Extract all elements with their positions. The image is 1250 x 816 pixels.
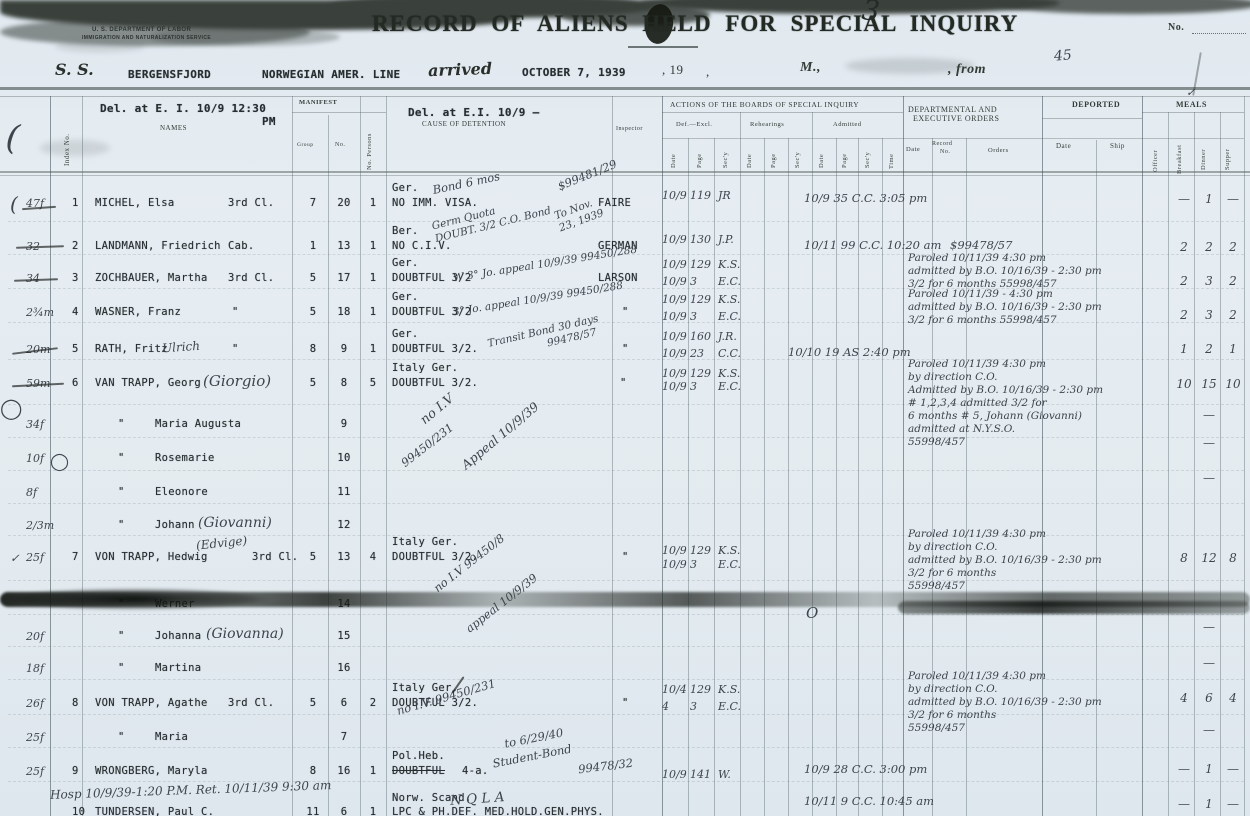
cause-struck-out: DOUBTFUL <box>392 765 445 777</box>
margin-paren-mark: ( <box>10 192 18 216</box>
alias-handwritten: Ulrich <box>162 339 201 356</box>
werner-strike-right <box>898 601 1250 614</box>
persons-header: No. Persons <box>366 133 373 170</box>
bsi-page: 119 <box>690 189 718 202</box>
persons-count: 4 <box>364 551 382 563</box>
manifest-no: 13 <box>331 240 357 252</box>
column-line <box>386 96 387 816</box>
secy-header: Sec'y <box>864 152 871 168</box>
bsi-page: 3 <box>690 275 718 288</box>
inspector-name: " <box>622 551 629 563</box>
bsi-page: 129 <box>690 367 718 380</box>
bsi-page: 129 <box>690 293 718 306</box>
meals-dinner: 6 <box>1197 691 1221 705</box>
wrongberg-bond-note: Student-Bond <box>491 741 572 770</box>
breakfast-header: Breakfast <box>1176 145 1183 174</box>
record-no-header: No. <box>940 149 950 155</box>
margin-circle-mark: ◯ <box>0 396 22 420</box>
bsi-secy: C.C. <box>718 347 752 360</box>
meals-dinner: 1 <box>1197 192 1221 206</box>
bsi-secy: E.C. <box>718 558 752 571</box>
admitted-note: 10/9 35 C.C. 3:05 pm <box>804 191 927 205</box>
bsi-def-excl: 10/93E.C. <box>662 558 752 571</box>
meals-dinner: — <box>1197 436 1221 450</box>
secy-header: Sec'y <box>794 152 801 168</box>
passenger-name: WRONGBERG, Maryla <box>95 765 208 777</box>
bsi-date: 10/9 <box>662 310 690 323</box>
travel-class: 3rd Cl. <box>228 272 274 284</box>
bsi-secy: K.S. <box>718 367 752 380</box>
bsi-date: 10/9 <box>662 293 690 306</box>
header-sub-rule <box>1142 112 1244 113</box>
row-separator <box>8 747 1244 748</box>
comma-mark: , <box>706 64 710 80</box>
travel-class: Cab. <box>228 240 255 252</box>
landmann-date-note: To Nov. 23, 1939 <box>553 195 606 235</box>
persons-count: 5 <box>364 377 382 389</box>
cause-of-detention: 4-a. <box>462 765 489 777</box>
bsi-def-excl: 10/93E.C. <box>662 380 752 393</box>
meals-breakfast: — <box>1172 192 1196 206</box>
order-line: 3/2 for 6 months <box>908 709 1244 722</box>
bsi-secy: J.R. <box>718 330 752 343</box>
bsi-page: 3 <box>690 380 718 393</box>
travel-class: 3rd Cl. <box>228 697 274 709</box>
manifest-no: 10 <box>331 452 357 464</box>
index-no: 6 <box>72 377 79 389</box>
ditto-mark: " <box>118 731 125 743</box>
order-line: 3/2 for 6 months <box>908 567 1244 580</box>
def-excl-header: Def.—Excl. <box>676 121 712 128</box>
passenger-name: VON TRAPP, Hedwig <box>95 551 208 563</box>
bsi-def-excl: 10/9130J.P. <box>662 233 752 246</box>
cause-of-detention: LPC & PH.DEF. MED.HOLD.GEN.PHYS. <box>392 806 604 816</box>
bsi-date: 10/9 <box>662 347 690 360</box>
bsi-def-excl: 10/9141W. <box>662 768 752 781</box>
margin-note: 2/3m <box>26 519 54 532</box>
index-no: 3 <box>72 272 79 284</box>
margin-note: 20f <box>26 630 44 643</box>
bsi-secy: K.S. <box>718 544 752 557</box>
persons-count: 2 <box>364 697 382 709</box>
bsi-def-excl: 10/923C.C. <box>662 347 752 360</box>
manifest-no: 20 <box>331 197 357 209</box>
manifest-no: 9 <box>331 418 357 430</box>
meals-supper: 4 <box>1221 691 1245 705</box>
passenger-name: TUNDERSEN, Paul C. <box>95 806 214 816</box>
margin-note: 34f <box>26 418 44 431</box>
arrived-label: arrived <box>428 59 493 80</box>
rath-bond-note: Transit Bond 30 days 99478/57 <box>487 313 603 364</box>
margin-paren-mark: ( <box>4 117 21 158</box>
vantrapp-visa-note: no I.V <box>418 391 458 428</box>
manifest-group: 8 <box>300 343 326 355</box>
nationality: Pol.Heb. <box>392 750 445 762</box>
supper-header: Supper <box>1224 149 1231 170</box>
record-number: $99478/57 <box>950 238 1012 252</box>
meals-dinner: — <box>1197 620 1221 634</box>
row-separator <box>8 470 1244 471</box>
manifest-header: MANIFEST <box>299 99 337 106</box>
passenger-name: Maria Augusta <box>155 418 241 430</box>
orders-header: Orders <box>988 147 1009 154</box>
manifest-group: 8 <box>300 765 326 777</box>
time-header: Time <box>888 154 895 170</box>
bsi-secy: K.S. <box>718 293 752 306</box>
meals-dinner: 1 <box>1197 762 1221 776</box>
bsi-page: 130 <box>690 233 718 246</box>
manifest-group: 5 <box>300 377 326 389</box>
dept-header: EXECUTIVE ORDERS <box>913 114 999 123</box>
rehearings-header: Rehearings <box>750 121 784 128</box>
bsi-def-excl: 10/9119JR <box>662 189 752 202</box>
header-sub-rule <box>662 112 903 113</box>
m-label: M., <box>800 60 821 76</box>
meals-supper: — <box>1221 797 1245 811</box>
inspector-header: Inspector <box>616 126 643 132</box>
manifest-group: 5 <box>300 697 326 709</box>
order-line: 55998/457 <box>908 436 1244 449</box>
meals-dinner: — <box>1197 656 1221 670</box>
date-header: Date <box>746 154 753 168</box>
passenger-name: VON TRAPP, Agathe <box>95 697 208 709</box>
alias-handwritten: (Giovanna) <box>206 626 284 642</box>
header-sub-rule <box>662 138 1244 139</box>
bsi-secy: E.C. <box>718 700 752 713</box>
margin-note: 26f <box>26 697 44 710</box>
bsi-page: 129 <box>690 544 718 557</box>
from-label: , from <box>948 62 986 78</box>
meals-breakfast: — <box>1172 797 1196 811</box>
row-separator <box>8 614 1244 615</box>
bsi-secy: JR <box>718 189 752 202</box>
travel-class: " <box>232 306 239 318</box>
meals-dinner: — <box>1197 723 1221 737</box>
column-line <box>812 112 813 816</box>
margin-note: 25f <box>26 765 44 778</box>
bond-note: Bond 6 mos <box>431 169 501 197</box>
persons-count: 1 <box>364 306 382 318</box>
bsi-page: 141 <box>690 768 718 781</box>
meals-supper: 10 <box>1221 377 1245 391</box>
manifest-no-header: No. <box>335 142 345 148</box>
manifest-group: 5 <box>300 551 326 563</box>
persons-count: 1 <box>364 343 382 355</box>
meals-dinner: 3 <box>1197 308 1221 322</box>
deported-ship-header: Ship <box>1110 142 1125 150</box>
meals-header: MEALS <box>1176 100 1207 109</box>
cause-header: CAUSE OF DETENTION <box>422 120 506 128</box>
bsi-date: 10/9 <box>662 189 690 202</box>
meals-breakfast: 2 <box>1172 274 1196 288</box>
margin-note: 8f <box>26 486 37 499</box>
manifest-no: 15 <box>331 630 357 642</box>
bsi-def-excl: 10/93E.C. <box>662 310 752 323</box>
manifest-group: 5 <box>300 272 326 284</box>
meals-supper: 2 <box>1221 274 1245 288</box>
manifest-no: 11 <box>331 486 357 498</box>
index-no: 1 <box>72 197 79 209</box>
bsi-date: 10/9 <box>662 544 690 557</box>
bsi-date: 10/9 <box>662 558 690 571</box>
travel-class: 3rd Cl. <box>252 551 298 563</box>
scan-dark-band <box>1000 0 1250 14</box>
inspector-name: FAIRE <box>598 197 631 209</box>
column-line <box>82 96 83 816</box>
bsi-secy: E.C. <box>718 275 752 288</box>
cause-header-typed: Del. at E.I. 10/9 – <box>408 106 540 119</box>
meals-breakfast: 4 <box>1172 691 1196 705</box>
record-no-label: No. <box>1168 22 1184 33</box>
margin-note: 10f <box>26 452 44 465</box>
manifest-no: 6 <box>331 806 357 816</box>
passenger-name: Martina <box>155 662 201 674</box>
bsi-def-excl: 10/9160J.R. <box>662 330 752 343</box>
passenger-name: Maria <box>155 731 188 743</box>
meals-dinner: 15 <box>1197 377 1221 391</box>
index-no-header: Index No. <box>63 134 71 167</box>
bsi-page: 3 <box>690 558 718 571</box>
order-line: 6 months # 5, Johann (Giovanni) <box>908 410 1244 423</box>
index-no: 10 <box>72 806 85 816</box>
row-separator <box>8 221 1244 222</box>
manifest-no: 12 <box>331 519 357 531</box>
dinner-header: Dinner <box>1200 149 1207 170</box>
persons-count: 1 <box>364 240 382 252</box>
meals-supper: 8 <box>1221 551 1245 565</box>
bsi-date: 10/9 <box>662 258 690 271</box>
bsi-def-excl: 10/9129K.S. <box>662 258 752 271</box>
ss-label: S. S. <box>55 60 94 79</box>
scan-smudge <box>55 40 145 52</box>
alias-handwritten: (Edvige) <box>195 533 247 552</box>
manifest-no: 16 <box>331 662 357 674</box>
column-line <box>360 96 361 816</box>
meals-breakfast: — <box>1172 762 1196 776</box>
nationality: Ger. <box>392 291 419 303</box>
cause-of-detention: DOUBTFUL 3/2. <box>392 343 478 355</box>
cause-of-detention: NO IMM. VISA. <box>392 197 478 209</box>
arrival-date: OCTOBER 7, 1939 <box>522 66 626 79</box>
ditto-mark: " <box>118 519 125 531</box>
year-fragment: , 19 <box>662 62 684 78</box>
record-no-header: Record <box>932 141 952 147</box>
header-bottom-rule <box>0 171 1250 173</box>
index-no: 9 <box>72 765 79 777</box>
bsi-secy: K.S. <box>718 683 752 696</box>
vantrapp-appeal-note: Appeal 10/9/39 <box>458 399 541 472</box>
bsi-def-excl: 10/9129K.S. <box>662 367 752 380</box>
deported-date-header: Date <box>1056 142 1071 150</box>
bsi-page: 3 <box>690 700 718 713</box>
order-line: Paroled 10/11/39 4:30 pm <box>908 358 1244 371</box>
passenger-name: MICHEL, Elsa <box>95 197 174 209</box>
manifest-no: 18 <box>331 306 357 318</box>
ink-squiggle: 3 <box>860 0 881 28</box>
manifest-group: 5 <box>300 306 326 318</box>
page-header: Page <box>841 153 848 168</box>
page-header: Page <box>696 153 703 168</box>
officer-header: Officer <box>1152 150 1159 172</box>
persons-count: 1 <box>364 806 382 816</box>
inspector-name: " <box>622 343 629 355</box>
bsi-date: 10/9 <box>662 275 690 288</box>
manifest-group: 1 <box>300 240 326 252</box>
group-header: Group <box>297 142 314 148</box>
bsi-def-excl: 10/4129K.S. <box>662 683 752 696</box>
margin-note: 25f <box>26 551 44 564</box>
index-no: 5 <box>72 343 79 355</box>
cause-of-detention: DOUBTFUL 3/2. <box>392 377 478 389</box>
meals-breakfast: 10 <box>1172 377 1196 391</box>
nationality: Ger. <box>392 328 419 340</box>
bsi-date: 10/4 <box>662 683 690 696</box>
nationality: Italy Ger. <box>392 536 458 548</box>
nationality: Ber. <box>392 225 419 237</box>
agency-service: IMMIGRATION AND NATURALIZATION SERVICE <box>82 35 211 41</box>
bsi-def-excl: 10/93E.C. <box>662 275 752 288</box>
manifest-no: 6 <box>331 697 357 709</box>
order-line: # 1,2,3,4 admitted 3/2 for <box>908 397 1244 410</box>
header-sub-rule <box>292 112 386 113</box>
pm-header: PM <box>262 115 276 128</box>
meals-dinner: 12 <box>1197 551 1221 565</box>
pen-line <box>16 245 64 249</box>
manifest-no: 17 <box>331 272 357 284</box>
ditto-mark: " <box>118 662 125 674</box>
bsi-def-excl: 10/9129K.S. <box>662 293 752 306</box>
order-line: 55998/457 <box>908 722 1244 735</box>
meals-dinner: 1 <box>1197 797 1221 811</box>
check-mark: ✓ <box>10 551 20 565</box>
bsi-page: 129 <box>690 683 718 696</box>
bsi-page: 23 <box>690 347 718 360</box>
row-separator <box>8 503 1244 504</box>
margin-circle-mark: ◯ <box>50 452 69 472</box>
index-no: 2 <box>72 240 79 252</box>
title-rule <box>628 46 698 48</box>
ditto-mark: " <box>118 418 125 430</box>
bsi-page: 160 <box>690 330 718 343</box>
passenger-name: RATH, Fritz <box>95 343 168 355</box>
persons-count: 1 <box>364 197 382 209</box>
meals-supper: — <box>1221 192 1245 206</box>
meals-dinner: 3 <box>1197 274 1221 288</box>
index-no: 4 <box>72 306 79 318</box>
names-header: NAMES <box>160 124 187 132</box>
alias-handwritten: (Giovanni) <box>198 515 272 531</box>
date-header: Date <box>670 154 677 168</box>
order-line: Paroled 10/11/39 - 4:30 pm <box>908 288 1244 301</box>
dept-header: DEPARTMENTAL AND <box>908 105 997 114</box>
meals-breakfast: 8 <box>1172 551 1196 565</box>
passenger-name: VAN TRAPP, Georg <box>95 377 201 389</box>
agency-name: U. S. DEPARTMENT OF LABOR <box>92 27 191 33</box>
margin-note: 18f <box>26 662 44 675</box>
meals-supper: 1 <box>1221 342 1245 356</box>
travel-class: 3rd Cl. <box>228 197 274 209</box>
nationality: Italy Ger. <box>392 362 458 374</box>
index-no: 8 <box>72 697 79 709</box>
bsi-date: 10/9 <box>662 367 690 380</box>
admitted-header: Admitted <box>833 121 862 128</box>
delivered-header: Del. at E. I. 10/9 12:30 <box>100 102 266 115</box>
executive-orders: Paroled 10/11/39 4:30 pm by direction C.… <box>908 358 1244 449</box>
ship-rule <box>0 87 1250 90</box>
bsi-secy: W. <box>718 768 752 781</box>
meals-supper: 2 <box>1221 308 1245 322</box>
bsi-secy: K.S. <box>718 258 752 271</box>
bsi-secy: J.P. <box>718 233 752 246</box>
passenger-name: Johann <box>155 519 195 531</box>
header-sub-rule <box>1042 118 1142 119</box>
passenger-name: Eleonore <box>155 486 208 498</box>
column-line <box>292 96 293 816</box>
admitted-note: 10/11 9 C.C. 10:45 am <box>804 794 934 808</box>
bsi-def-excl: 10/9129K.S. <box>662 544 752 557</box>
passenger-name: Rosemarie <box>155 452 215 464</box>
alias-handwritten: (Giorgio) <box>203 372 271 390</box>
bsi-date: 10/9 <box>662 768 690 781</box>
ditto-mark: " <box>118 486 125 498</box>
meals-breakfast: 2 <box>1172 308 1196 322</box>
persons-count: 1 <box>364 765 382 777</box>
inspector-name: " <box>622 697 629 709</box>
bsi-secy: E.C. <box>718 380 752 393</box>
row-separator <box>8 781 1244 782</box>
admitted-note: 10/11 99 C.C. 10:20 am <box>804 238 941 252</box>
inspector-name: " <box>620 377 627 389</box>
meals-dinner: — <box>1197 471 1221 485</box>
passenger-name: LANDMANN, Friedrich <box>95 240 221 252</box>
meals-supper: — <box>1221 762 1245 776</box>
actions-header: ACTIONS OF THE BOARDS OF SPECIAL INQUIRY <box>670 100 859 109</box>
nationality: Ger. <box>392 257 419 269</box>
manifest-no: 13 <box>331 551 357 563</box>
order-line: Paroled 10/11/39 4:30 pm <box>908 528 1244 541</box>
passenger-name: WASNER, Franz <box>95 306 181 318</box>
rehearing-note: 10/10 19 AS 2:40 pm <box>788 345 911 359</box>
werner-strike-blob <box>0 588 270 610</box>
row-separator <box>8 646 1244 647</box>
secy-header: Sec'y <box>722 152 729 168</box>
manifest-no: 8 <box>331 377 357 389</box>
order-line: Paroled 10/11/39 4:30 pm <box>908 252 1244 265</box>
order-line: Paroled 10/11/39 4:30 pm <box>908 670 1244 683</box>
index-no: 7 <box>72 551 79 563</box>
meals-breakfast: 1 <box>1172 342 1196 356</box>
travel-class: " <box>232 343 239 355</box>
passenger-name: ZOCHBAUER, Martha <box>95 272 208 284</box>
order-line: admitted at N.Y.S.O. <box>908 423 1244 436</box>
meals-dinner: 2 <box>1197 342 1221 356</box>
manifest-group: 7 <box>300 197 326 209</box>
deported-header: DEPORTED <box>1072 100 1120 109</box>
ditto-mark: " <box>118 452 125 464</box>
bsi-def-excl: 43E.C. <box>662 700 752 713</box>
bsi-secy: E.C. <box>718 310 752 323</box>
date-header: Date <box>818 154 825 168</box>
table-top-rule <box>0 96 1250 97</box>
bsi-date: 4 <box>662 700 690 713</box>
nationality: Ger. <box>392 182 419 194</box>
bsi-page: 129 <box>690 258 718 271</box>
dept-date-header: Date <box>906 146 920 153</box>
manifest-no: 16 <box>331 765 357 777</box>
record-no-rule <box>1192 33 1246 34</box>
meals-dinner: — <box>1197 408 1221 422</box>
bsi-date: 10/9 <box>662 380 690 393</box>
